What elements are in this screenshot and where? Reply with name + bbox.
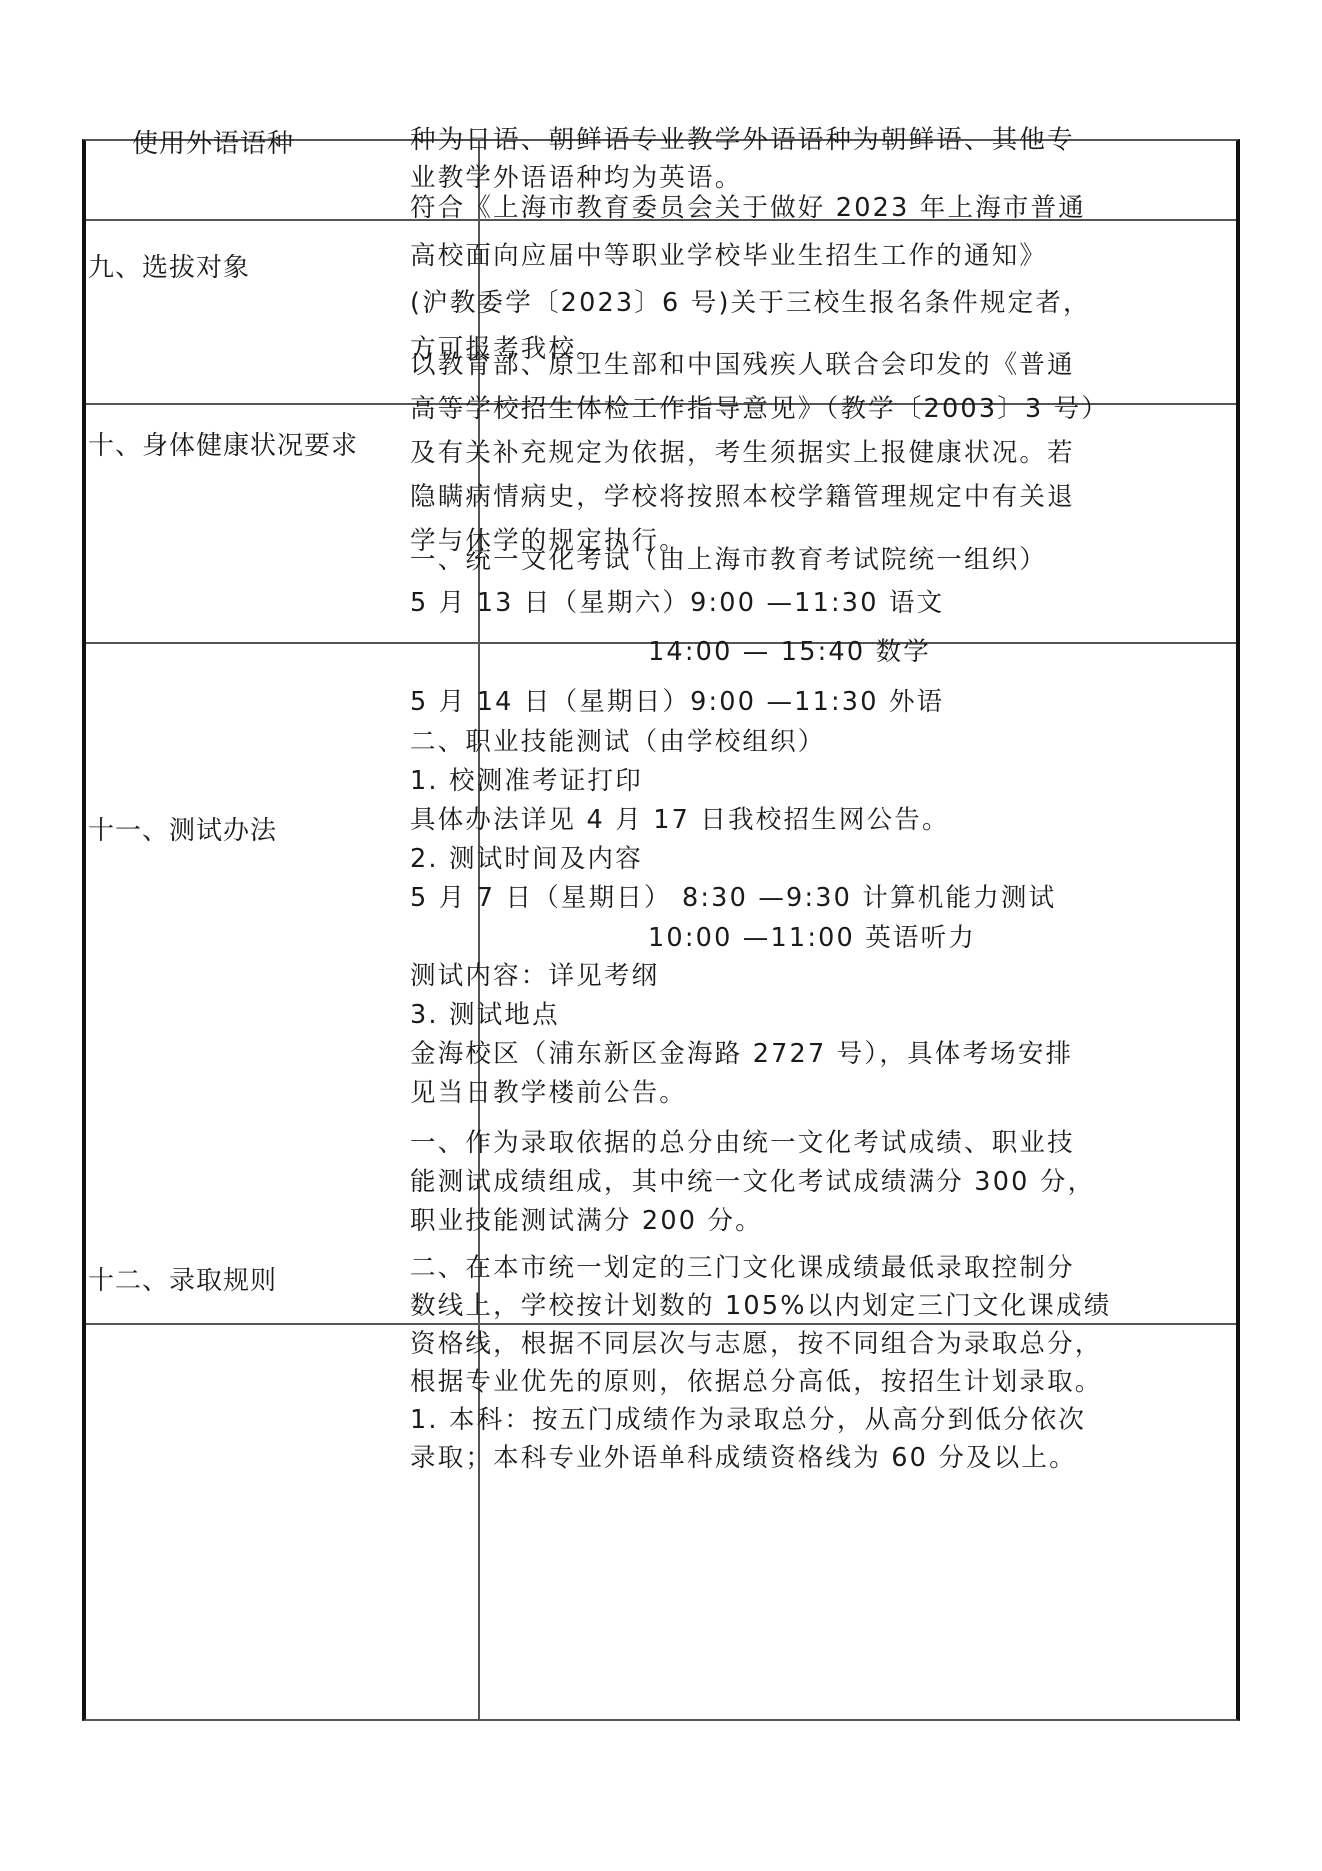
content-line: 能测试成绩组成，其中统一文化考试成绩满分 300 分， — [410, 1167, 1095, 1197]
content-line: 隐瞒病情病史，学校将按照本校学籍管理规定中有关退 — [410, 482, 1075, 512]
content-line: 金海校区（浦东新区金海路 2727 号），具体考场安排 — [410, 1039, 1073, 1069]
content-line: 二、职业技能测试（由学校组织） — [410, 727, 826, 757]
content-line: 5 月 14 日（星期日）9:00 —11:30 外语 — [410, 687, 944, 717]
content-line: 测试内容：详见考纲 — [410, 961, 659, 991]
content-line: 数线上，学校按计划数的 105%以内划定三门文化课成绩 — [410, 1291, 1111, 1321]
content-line: 1. 校测准考证打印 — [410, 766, 643, 796]
content-line: (沪教委学〔2023〕6 号)关于三校生报名条件规定者， — [410, 288, 1091, 318]
row-label: 使用外语语种 — [132, 129, 294, 159]
document-page: 使用外语语种 种为日语、朝鲜语专业教学外语语种为朝鲜语、其他专 业教学外语语种均… — [0, 0, 1322, 1871]
content-line: 5 月 13 日（星期六）9:00 —11:30 语文 — [410, 588, 944, 618]
content-line: 资格线，根据不同层次与志愿，按不同组合为录取总分， — [410, 1329, 1103, 1359]
content-line: 一、作为录取依据的总分由统一文化考试成绩、职业技 — [410, 1128, 1075, 1158]
content-line: 种为日语、朝鲜语专业教学外语语种为朝鲜语、其他专 — [410, 125, 1075, 155]
content-line: 符合《上海市教育委员会关于做好 2023 年上海市普通 — [410, 193, 1086, 223]
content-line: 3. 测试地点 — [410, 1000, 560, 1030]
content-line: 以教育部、原卫生部和中国残疾人联合会印发的《普通 — [410, 350, 1075, 380]
content-line: 5 月 7 日（星期日） 8:30 —9:30 计算机能力测试 — [410, 883, 1056, 913]
admission-info-table: 使用外语语种 种为日语、朝鲜语专业教学外语语种为朝鲜语、其他专 业教学外语语种均… — [82, 139, 1240, 1721]
content-line: 二、在本市统一划定的三门文化课成绩最低录取控制分 — [410, 1253, 1075, 1283]
content-line: 具体办法详见 4 月 17 日我校招生网公告。 — [410, 805, 950, 835]
content-line: 高等学校招生体检工作指导意见》（教学〔2003〕3 号） — [410, 394, 1109, 424]
content-line: 1. 本科：按五门成绩作为录取总分，从高分到低分依次 — [410, 1405, 1086, 1435]
content-line: 2. 测试时间及内容 — [410, 844, 643, 874]
content-line: 职业技能测试满分 200 分。 — [410, 1206, 763, 1236]
content-line: 一、统一文化考试（由上海市教育考试院统一组织） — [410, 545, 1047, 575]
content-line: 见当日教学楼前公告。 — [410, 1078, 687, 1108]
row-label: 十、身体健康状况要求 — [88, 431, 358, 461]
row-label: 九、选拔对象 — [88, 253, 250, 283]
row-divider — [86, 1323, 1236, 1325]
content-line: 14:00 — 15:40 数学 — [648, 637, 931, 667]
content-line: 录取；本科专业外语单科成绩资格线为 60 分及以上。 — [410, 1443, 1077, 1473]
content-line: 高校面向应届中等职业学校毕业生招生工作的通知》 — [410, 241, 1047, 271]
content-line: 根据专业优先的原则，依据总分高低，按招生计划录取。 — [410, 1367, 1103, 1397]
content-line: 及有关补充规定为依据，考生须据实上报健康状况。若 — [410, 438, 1075, 468]
content-line: 业教学外语语种均为英语。 — [410, 163, 742, 193]
row-label: 十一、测试办法 — [88, 816, 277, 846]
row-label: 十二、录取规则 — [88, 1266, 277, 1296]
content-line: 10:00 —11:00 英语听力 — [648, 923, 976, 953]
